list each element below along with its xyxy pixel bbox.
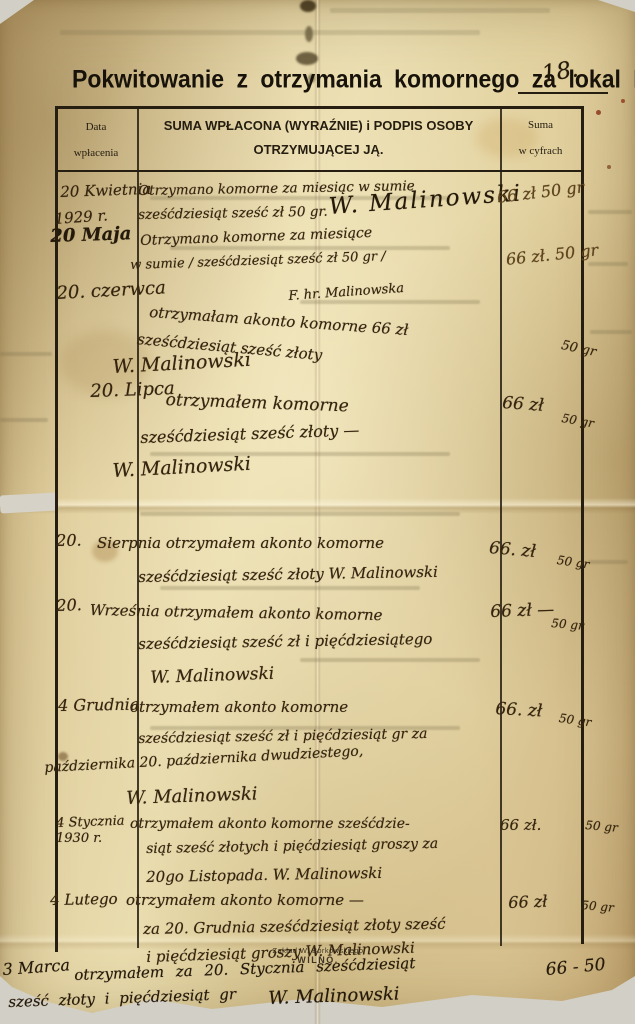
bleedthrough-line	[140, 512, 460, 516]
entry-suma: 66 zł	[508, 892, 548, 912]
red-speck	[621, 99, 625, 103]
entry-text: otrzymałem akonto komorne	[130, 698, 348, 716]
red-speck	[596, 110, 601, 115]
entry-suma: 66. zł	[488, 538, 536, 562]
entry-date: 4 Stycznia	[56, 814, 125, 831]
header-suma-line2: w cyfrach	[500, 145, 581, 157]
table-border-top	[55, 106, 584, 109]
bleedthrough-line	[160, 586, 420, 590]
red-speck	[607, 165, 611, 169]
entry-date: 4 Lutego	[50, 890, 118, 909]
bleedthrough-line	[300, 658, 480, 662]
entry-text: sześćdziesiąt sześć zł 50 gr.	[138, 204, 328, 223]
bleedthrough-line	[588, 210, 632, 214]
header-main-line2: OTRZYMUJĄCEJ JĄ.	[137, 142, 500, 157]
stain	[296, 52, 318, 65]
bleedthrough-line	[588, 262, 628, 266]
entry-text: otrzymałem akonto komorne sześćdzie-	[130, 816, 410, 832]
entry-date: 20 Maja	[50, 223, 132, 247]
bleedthrough-line	[588, 560, 628, 564]
stain	[300, 0, 316, 12]
entry-suma: 66 zł.	[500, 816, 541, 834]
entry-suma: 66 zł —	[490, 600, 555, 622]
table-header-underline	[55, 170, 584, 172]
entry-suma: 66. zł	[495, 699, 543, 721]
header-date-line2: wpłacenia	[55, 147, 137, 159]
entry-suma: 66 zł	[502, 393, 545, 416]
entry-date: 20.	[56, 531, 82, 550]
entry-date: 20. Lipca	[90, 378, 175, 402]
header-main-line1: SUMA WPŁACONA (WYRAŹNIE) i PODPIS OSOBY	[137, 118, 500, 133]
entry-date: 4 Grudnia	[58, 695, 140, 715]
scanned-receipt-document: Pokwitowanie z otrzymania komornego za l…	[0, 0, 635, 1024]
entry-text: Sierpnia otrzymałem akonto komorne	[97, 534, 384, 552]
entry-suma: 50 gr	[585, 818, 619, 835]
entry-text: otrzymałem akonto komorne —	[126, 891, 364, 909]
bleedthrough-line	[330, 8, 550, 13]
table-border-right	[581, 106, 584, 944]
header-suma-line1: Suma	[500, 119, 581, 131]
bleedthrough-line	[0, 418, 48, 422]
header-date-line1: Data	[55, 121, 137, 133]
entry-suma: 50 gr	[581, 898, 615, 915]
torn-fold-left	[0, 492, 58, 513]
bleedthrough-line	[590, 330, 632, 334]
printer-stamp-line1: Zakład W. Borkowskiego	[258, 946, 378, 955]
lokal-number-underline	[518, 92, 608, 94]
bleedthrough-line	[170, 246, 450, 250]
entry-suma: 50 gr	[551, 616, 585, 633]
entry-date-year: 1930 r.	[56, 831, 102, 846]
entry-date: 20.	[56, 595, 82, 615]
bleedthrough-line	[60, 30, 480, 35]
bleedthrough-line	[0, 352, 52, 356]
